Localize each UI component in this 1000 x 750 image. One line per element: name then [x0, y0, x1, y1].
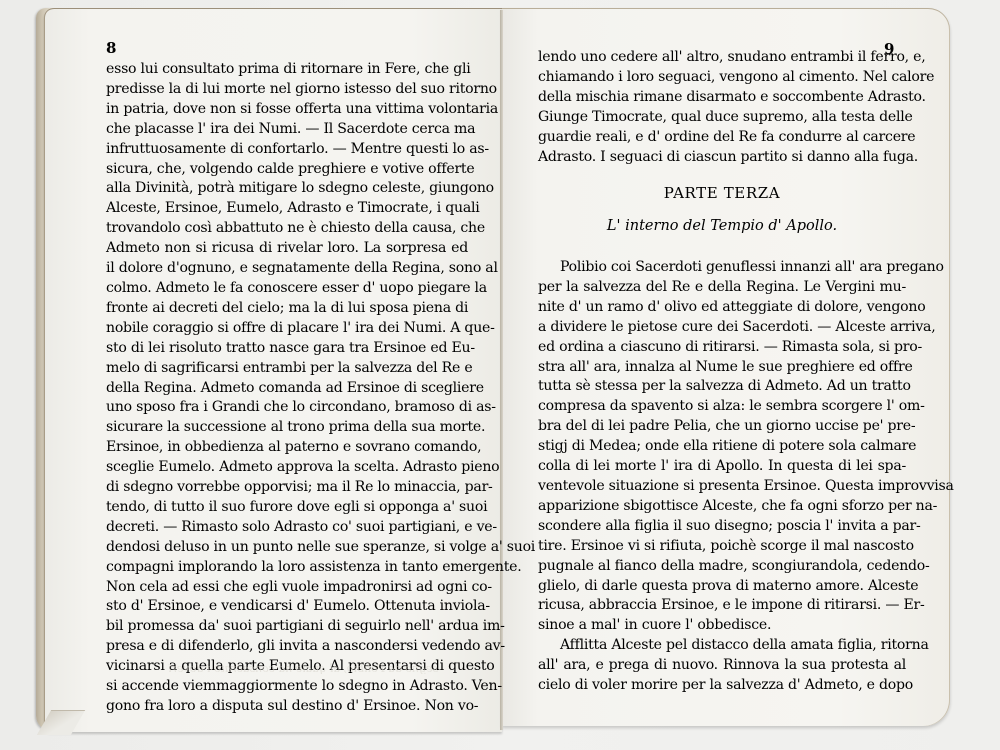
text-line: bil promessa da' suoi partigiani di segu… [106, 617, 468, 637]
text-line: tendo, di tutto il suo furore dove egli … [106, 498, 468, 518]
text-line: Non cela ad essi che egli vuole impadron… [106, 578, 468, 598]
text-line: per la salvezza del Re e della Regina. L… [538, 278, 906, 298]
text-line: scondere alla figlia il suo disegno; pos… [538, 517, 906, 537]
text-line: fronte ai decreti del cielo; ma la di lu… [106, 299, 468, 319]
text-line: chiamando i loro seguaci, vengono al cim… [538, 68, 906, 88]
text-line: tutta sè stessa per la salvezza di Admet… [538, 377, 906, 397]
text-line: glielo, di darle questa prova di materno… [538, 577, 906, 597]
text-line: sto di lei risoluto tratto nasce gara tr… [106, 339, 468, 359]
text-line: guardie reali, e d' ordine del Re fa con… [538, 128, 906, 148]
text-line: cielo di voler morire per la salvezza d'… [538, 676, 906, 696]
text-line: a dividere le pietose cure dei Sacerdoti… [538, 318, 906, 338]
text-line: ricusa, abbraccia Ersinoe, e le impone d… [538, 596, 906, 616]
text-line: alla Divinità, potrà mitigare lo sdegno … [106, 179, 468, 199]
right-page-body-top: lendo uno cedere all' altro, snudano ent… [538, 48, 906, 167]
text-line: melo di sagrificarsi entrambi per la sal… [106, 359, 468, 379]
text-line: che placasse l' ira dei Numi. — Il Sacer… [106, 120, 468, 140]
text-line: gono fra loro a disputa sul destino d' E… [106, 697, 468, 717]
text-line: nite d' un ramo d' olivo ed atteggiate d… [538, 298, 906, 318]
text-line: sicurare la successione al trono prima d… [106, 418, 468, 438]
text-line: Admeto non si ricusa di rivelar loro. La… [106, 239, 468, 259]
text-line: Giunge Timocrate, qual duce supremo, all… [538, 108, 906, 128]
page-number-left: 8 [106, 39, 116, 57]
text-line: bra del di lei padre Pelia, che un giorn… [538, 417, 906, 437]
left-page-body: esso lui consultato prima di ritornare i… [106, 60, 468, 717]
text-line: trovandolo così abbattuto ne è chiesto d… [106, 219, 468, 239]
text-line: Alceste, Ersinoe, Eumelo, Adrasto e Timo… [106, 199, 468, 219]
text-line: sicura, che, volgendo calde preghiere e … [106, 160, 468, 180]
text-line: predisse la di lui morte nel giorno iste… [106, 80, 468, 100]
text-line: lendo uno cedere all' altro, snudano ent… [538, 48, 906, 68]
text-line: il dolore d'ognuno, e segnatamente della… [106, 259, 468, 279]
scene-title: L' interno del Tempio d' Apollo. [538, 218, 906, 234]
text-line: tire. Ersinoe vi si rifiuta, poichè scor… [538, 537, 906, 557]
text-line: compagni implorando la loro assistenza i… [106, 558, 468, 578]
text-line: decreti. — Rimasto solo Adrasto co' suoi… [106, 518, 468, 538]
text-line: stra all' ara, innalza al Nume le sue pr… [538, 358, 906, 378]
text-line: in patria, dove non si fosse offerta una… [106, 100, 468, 120]
text-line: uno sposo fra i Grandi che lo circondano… [106, 398, 468, 418]
text-line: si accende viemmaggiormente lo sdegno in… [106, 677, 468, 697]
text-line: stigj di Medea; onde ella ritiene di pot… [538, 437, 906, 457]
text-line: pugnale al fianco della madre, scongiura… [538, 557, 906, 577]
text-line: infruttuosamente di confortarlo. — Mentr… [106, 140, 468, 160]
text-line: ventevole situazione si presenta Ersinoe… [538, 477, 906, 497]
text-line: Adrasto. I seguaci di ciascun partito si… [538, 148, 906, 168]
text-line: Ersinoe, in obbedienza al paterno e sovr… [106, 438, 468, 458]
text-line: Afflitta Alceste pel distacco della amat… [538, 636, 906, 656]
text-line: all' ara, e prega di nuovo. Rinnova la s… [538, 656, 906, 676]
bleed-through-text: segno da Polibio, al quale ha consacrato… [108, 662, 438, 674]
text-line: nobile coraggio si offre di placare l' i… [106, 319, 468, 339]
text-line: compresa da spavento si alza: le sembra … [538, 397, 906, 417]
text-line: presa e di difenderlo, gli invita a nasc… [106, 637, 468, 657]
text-line: dendosi deluso in un punto nelle sue spe… [106, 538, 468, 558]
text-line: ed ordina a ciascuno di ritirarsi. — Rim… [538, 338, 906, 358]
text-line: sceglie Eumelo. Admeto approva la scelta… [106, 458, 468, 478]
text-line: esso lui consultato prima di ritornare i… [106, 60, 468, 80]
text-line: apparizione sbigottisce Alceste, che fa … [538, 497, 906, 517]
text-line: colla di lei morte l' ira di Apollo. In … [538, 457, 906, 477]
text-line: della mischia rimane disarmato e soccomb… [538, 88, 906, 108]
text-line: sto d' Ersinoe, e vendicarsi d' Eumelo. … [106, 597, 468, 617]
part-title: PARTE TERZA [538, 184, 906, 202]
right-page-body-bottom: Polibio coi Sacerdoti genuflessi innanzi… [538, 258, 906, 696]
text-line: di sdegno vorrebbe opporvisi; ma il Re l… [106, 478, 468, 498]
text-line: della Regina. Admeto comanda ad Ersinoe … [106, 379, 468, 399]
text-line: Polibio coi Sacerdoti genuflessi innanzi… [538, 258, 906, 278]
text-line: sinoe a mal' in cuore l' obbedisce. [538, 616, 906, 636]
text-line: colmo. Admeto le fa conoscere esser d' u… [106, 279, 468, 299]
